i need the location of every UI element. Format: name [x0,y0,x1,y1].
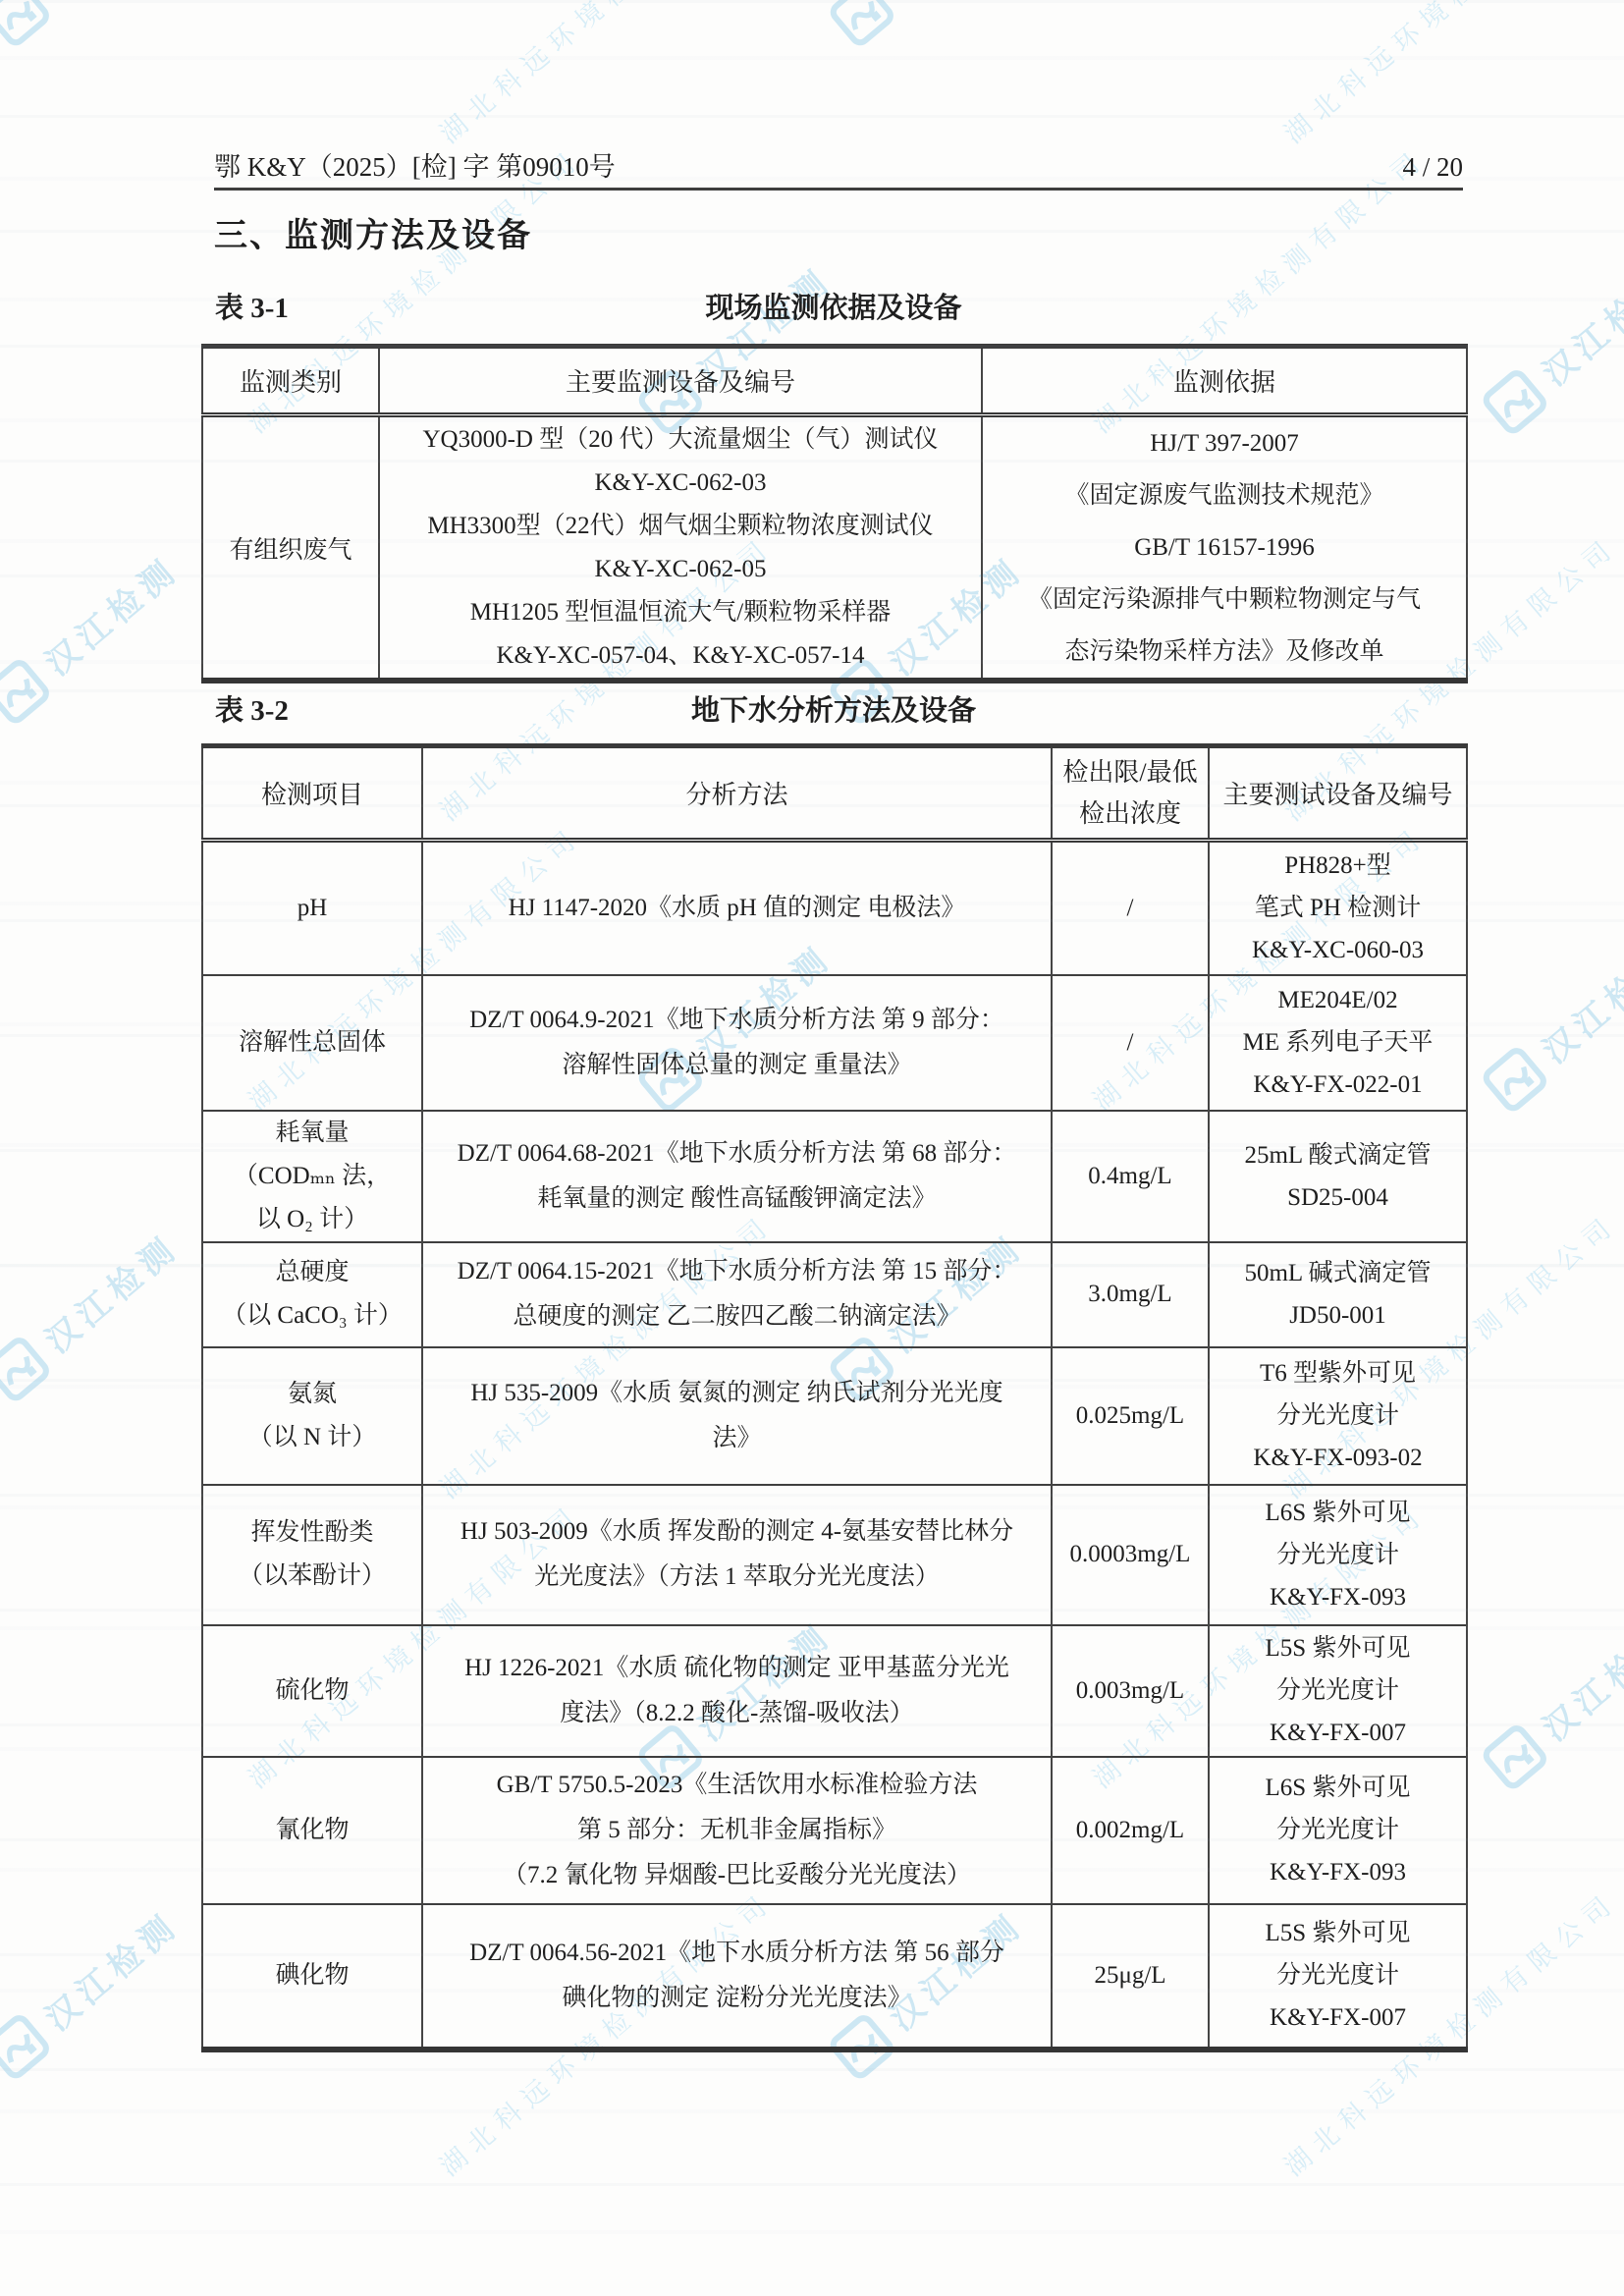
table2-header-equipment: 主要测试设备及编号 [1209,746,1467,841]
table2-caption: 表 3-2 地下水分析方法及设备 [201,688,1466,729]
equipment-cell: 50mL 碱式滴定管 JD50-001 [1209,1242,1467,1347]
table1-header-basis: 监测依据 [982,347,1467,415]
method-cell: DZ/T 0064.9-2021《地下水质分析方法 第 9 部分： 溶解性固体总… [422,975,1052,1111]
limit-cell: 25μg/L [1052,1904,1209,2050]
table-row: 溶解性总固体 DZ/T 0064.9-2021《地下水质分析方法 第 9 部分：… [202,975,1467,1111]
table-field-monitoring: 监测类别 主要监测设备及编号 监测依据 有组织废气 YQ3000-D 型（20 … [201,344,1468,683]
limit-cell: 0.4mg/L [1052,1111,1209,1242]
table-row: pH HJ 1147-2020《水质 pH 值的测定 电极法》 / PH828+… [202,841,1467,975]
item-cell: 耗氧量 （CODₘₙ 法， 以 O₂ 计） [202,1111,422,1242]
category-cell: 有组织废气 [202,415,379,682]
item-cell: 硫化物 [202,1625,422,1757]
table2-header-limit: 检出限/最低 检出浓度 [1052,746,1209,841]
doc-number: 鄂 K&Y（2025）[检] 字 第09010号 [214,145,616,184]
document-page: 汉江检测湖北科远环境检测有限公司汉江检测湖北科远环境检测有限公司湖北科远环境检测… [0,0,1624,2296]
table-row: 挥发性酚类 （以苯酚计） HJ 503-2009《水质 挥发酚的测定 4-氨基安… [202,1485,1467,1625]
table1-label: 表 3-1 [215,286,289,326]
table-row: 耗氧量 （CODₘₙ 法， 以 O₂ 计） DZ/T 0064.68-2021《… [202,1111,1467,1242]
page-content: 鄂 K&Y（2025）[检] 字 第09010号 4 / 20 三、监测方法及设… [0,0,1624,2296]
equipment-cell: T6 型紫外可见 分光光度计 K&Y-FX-093-02 [1209,1347,1467,1485]
item-cell: 氨氮 （以 N 计） [202,1347,422,1485]
limit-cell: 0.003mg/L [1052,1625,1209,1757]
limit-cell: 0.002mg/L [1052,1757,1209,1904]
limit-cell: 3.0mg/L [1052,1242,1209,1347]
table-groundwater-methods: 检测项目 分析方法 检出限/最低 检出浓度 主要测试设备及编号 pH HJ 11… [201,743,1468,2052]
method-cell: HJ 503-2009《水质 挥发酚的测定 4-氨基安替比林分 光光度法》（方法… [422,1485,1052,1625]
table2-title: 地下水分析方法及设备 [201,688,1466,729]
item-cell: 总硬度 （以 CaCO₃ 计） [202,1242,422,1347]
method-cell: GB/T 5750.5-2023《生活饮用水标准检验方法 第 5 部分：无机非金… [422,1757,1052,1904]
equipment-cell: PH828+型 笔式 PH 检测计 K&Y-XC-060-03 [1209,841,1467,975]
table2-header-row: 检测项目 分析方法 检出限/最低 检出浓度 主要测试设备及编号 [202,746,1467,841]
table-row: 有组织废气 YQ3000-D 型（20 代）大流量烟尘（气）测试仪 K&Y-XC… [202,415,1467,682]
table2-header-item: 检测项目 [202,746,422,841]
table1-header-category: 监测类别 [202,347,379,415]
table-row: 氰化物 GB/T 5750.5-2023《生活饮用水标准检验方法 第 5 部分：… [202,1757,1467,1904]
basis-cell: HJ/T 397-2007 《固定源废气监测技术规范》 GB/T 16157-1… [982,415,1467,682]
method-cell: DZ/T 0064.15-2021《地下水质分析方法 第 15 部分： 总硬度的… [422,1242,1052,1347]
table1-header-row: 监测类别 主要监测设备及编号 监测依据 [202,347,1467,415]
table-row: 总硬度 （以 CaCO₃ 计） DZ/T 0064.15-2021《地下水质分析… [202,1242,1467,1347]
method-cell: DZ/T 0064.68-2021《地下水质分析方法 第 68 部分： 耗氧量的… [422,1111,1052,1242]
limit-cell: / [1052,975,1209,1111]
table1-header-equipment: 主要监测设备及编号 [379,347,982,415]
method-cell: HJ 1147-2020《水质 pH 值的测定 电极法》 [422,841,1052,975]
table-row: 氨氮 （以 N 计） HJ 535-2009《水质 氨氮的测定 纳氏试剂分光光度… [202,1347,1467,1485]
item-cell: 挥发性酚类 （以苯酚计） [202,1485,422,1625]
table2-label: 表 3-2 [215,688,289,729]
table-row: 碘化物 DZ/T 0064.56-2021《地下水质分析方法 第 56 部分 碘… [202,1904,1467,2050]
equipment-cell: YQ3000-D 型（20 代）大流量烟尘（气）测试仪 K&Y-XC-062-0… [379,415,982,682]
section-title: 三、监测方法及设备 [214,208,532,256]
limit-cell: 0.025mg/L [1052,1347,1209,1485]
equipment-cell: L5S 紫外可见 分光光度计 K&Y-FX-007 [1209,1625,1467,1757]
item-cell: 碘化物 [202,1904,422,2050]
limit-cell: / [1052,841,1209,975]
equipment-cell: 25mL 酸式滴定管 SD25-004 [1209,1111,1467,1242]
equipment-cell: ME204E/02 ME 系列电子天平 K&Y-FX-022-01 [1209,975,1467,1111]
equipment-cell: L6S 紫外可见 分光光度计 K&Y-FX-093 [1209,1757,1467,1904]
header-divider [214,188,1463,191]
method-cell: HJ 535-2009《水质 氨氮的测定 纳氏试剂分光光度 法》 [422,1347,1052,1485]
document-header: 鄂 K&Y（2025）[检] 字 第09010号 4 / 20 [214,145,1463,184]
item-cell: 氰化物 [202,1757,422,1904]
table1-caption: 表 3-1 现场监测依据及设备 [201,286,1466,326]
table-row: 硫化物 HJ 1226-2021《水质 硫化物的测定 亚甲基蓝分光光 度法》（8… [202,1625,1467,1757]
limit-cell: 0.0003mg/L [1052,1485,1209,1625]
table1-title: 现场监测依据及设备 [201,286,1466,326]
method-cell: DZ/T 0064.56-2021《地下水质分析方法 第 56 部分 碘化物的测… [422,1904,1052,2050]
page-number: 4 / 20 [1402,152,1463,183]
method-cell: HJ 1226-2021《水质 硫化物的测定 亚甲基蓝分光光 度法》（8.2.2… [422,1625,1052,1757]
item-cell: pH [202,841,422,975]
table2-header-method: 分析方法 [422,746,1052,841]
item-cell: 溶解性总固体 [202,975,422,1111]
equipment-cell: L6S 紫外可见 分光光度计 K&Y-FX-093 [1209,1485,1467,1625]
equipment-cell: L5S 紫外可见 分光光度计 K&Y-FX-007 [1209,1904,1467,2050]
